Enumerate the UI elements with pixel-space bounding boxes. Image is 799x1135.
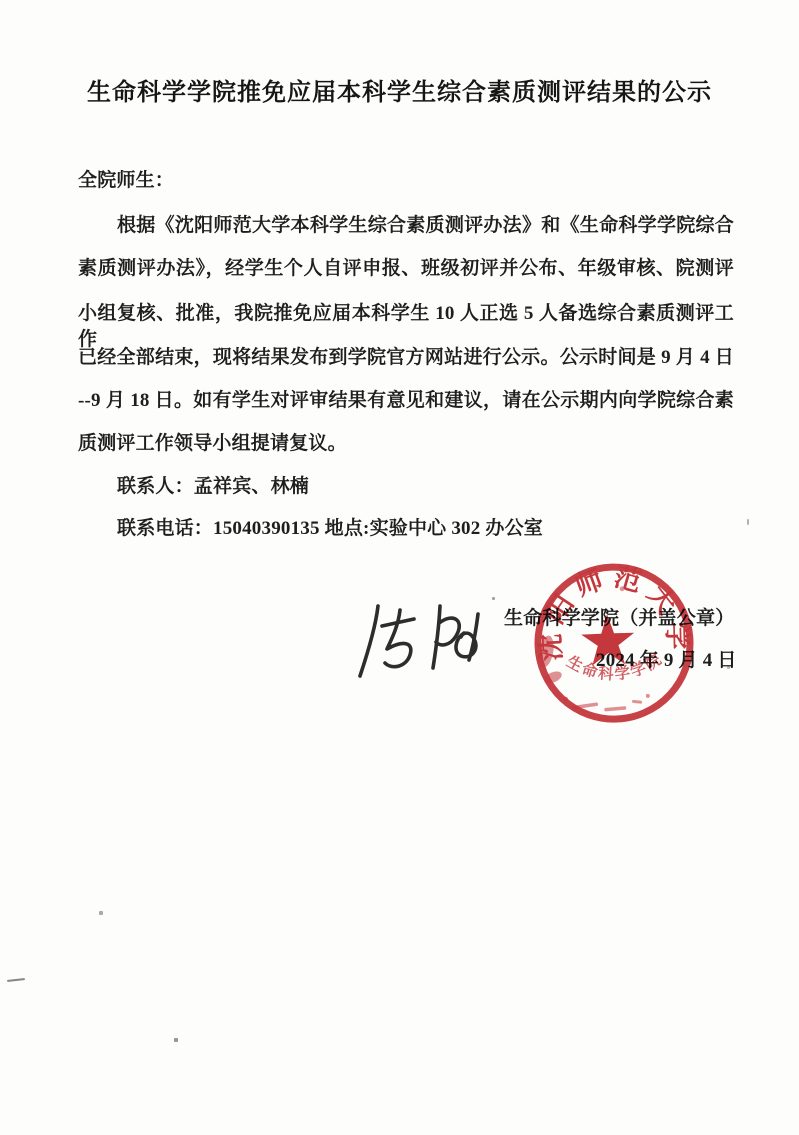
seal-star — [581, 613, 636, 665]
paragraph-line: 已经全部结束，现将结果发布到学院官方网站进行公示。公示时间是 9 月 4 日 — [78, 345, 734, 371]
contact-person-line: 联系人：孟祥宾、林楠 — [117, 474, 734, 500]
scan-speck — [747, 519, 749, 525]
paragraph-line: --9 月 18 日。如有学生对评审结果有意见和建议，请在公示期内向学院综合素 — [78, 388, 734, 414]
paragraph-line: 素质测评办法》，经学生个人自评申报、班级初评并公布、年级审核、院测评 — [78, 256, 734, 282]
scan-speck — [174, 1038, 178, 1042]
paragraph-line: 质测评工作领导小组提请复议。 — [78, 431, 734, 457]
paragraph-line: 根据《沈阳师范大学本科学生综合素质测评办法》和《生命科学学院综合 — [78, 213, 734, 239]
salutation: 全院师生： — [78, 168, 734, 194]
page-title: 生命科学学院推免应届本科学生综合素质测评结果的公示 — [0, 72, 799, 107]
contact-phone-line: 联系电话：15040390135 地点:实验中心 302 办公室 — [117, 516, 734, 542]
scan-speck — [99, 911, 103, 915]
scanned-notice-page: 生命科学学院推免应届本科学生综合素质测评结果的公示 全院师生： 根据《沈阳师范大… — [0, 0, 799, 1135]
official-seal: 沈阳师范大学 生命科学学院 — [525, 554, 707, 732]
handwritten-signature — [350, 586, 500, 686]
scan-speck — [7, 978, 25, 982]
